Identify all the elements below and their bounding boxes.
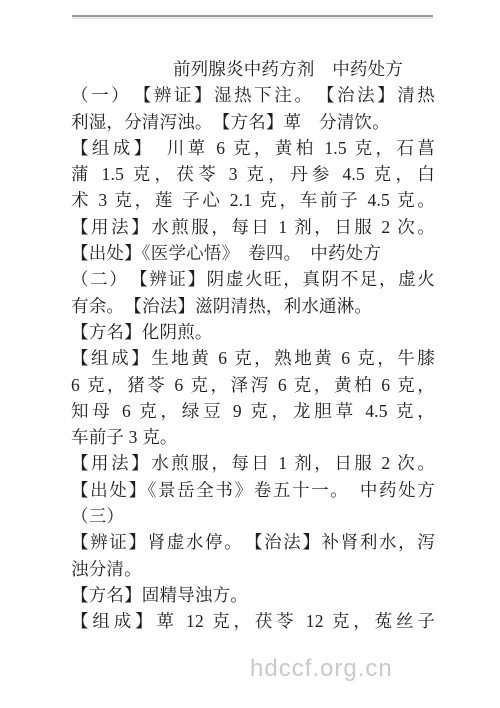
- watermark-text: hdccf.org.cn: [250, 654, 393, 684]
- document-page: 前列腺炎中药方剂 中药处方 （一） 【辨证】湿热下注。 【治法】清热 利湿，分清…: [0, 0, 500, 708]
- text-line: 【用法】水煎服，每日 1 剂，日服 2 次。: [71, 214, 435, 240]
- text-line: 【方名】固精导浊方。: [71, 582, 435, 608]
- text-line: 【组成】 川萆 6 克，黄柏 1.5 克，石菖: [71, 135, 435, 161]
- text-line: （三）: [71, 503, 435, 529]
- text-line: 有余。 【治法】滋阴清热，利水通淋。: [71, 293, 435, 319]
- text-line: 术 3 克，莲 子心 2.1 克，车前子 4.5 克。: [71, 187, 435, 213]
- text-line: 【组成】生地黄 6 克，熟地黄 6 克，牛膝: [71, 345, 435, 371]
- text-line: 【出处】《医学心悟》 卷四。 中药处方: [71, 240, 435, 266]
- text-line: 【用法】水煎服，每日 1 剂，日服 2 次。: [71, 450, 435, 476]
- text-line: 【出处】《景岳全书》卷五十一。 中药处方: [71, 477, 435, 503]
- text-line: 知母 6 克，绿豆 9 克，龙胆草 4.5 克，: [71, 398, 435, 424]
- text-line: 【辨证】肾虚水停。 【治法】补肾利水，泻: [71, 529, 435, 555]
- document-body: 前列腺炎中药方剂 中药处方 （一） 【辨证】湿热下注。 【治法】清热 利湿，分清…: [71, 56, 435, 635]
- text-line: （二） 【辨证】阴虚火旺，真阴不足，虚火: [71, 266, 435, 292]
- text-line: 【组成】萆 12 克，茯苓 12 克，菟丝子: [71, 608, 435, 634]
- text-line: 利湿，分清泻浊。 【方名】萆 分清饮。: [71, 109, 435, 135]
- document-title: 前列腺炎中药方剂 中药处方: [71, 56, 435, 82]
- text-line: 蒲 1.5 克，茯苓 3 克，丹参 4.5 克，白: [71, 161, 435, 187]
- text-line: 6 克，猪苓 6 克，泽泻 6 克，黄柏 6 克，: [71, 372, 435, 398]
- page-top-divider: [72, 15, 433, 17]
- text-line: 【方名】化阴煎。: [71, 319, 435, 345]
- text-line: （一） 【辨证】湿热下注。 【治法】清热: [71, 82, 435, 108]
- text-line: 浊分清。: [71, 556, 435, 582]
- text-line: 车前子 3 克。: [71, 424, 435, 450]
